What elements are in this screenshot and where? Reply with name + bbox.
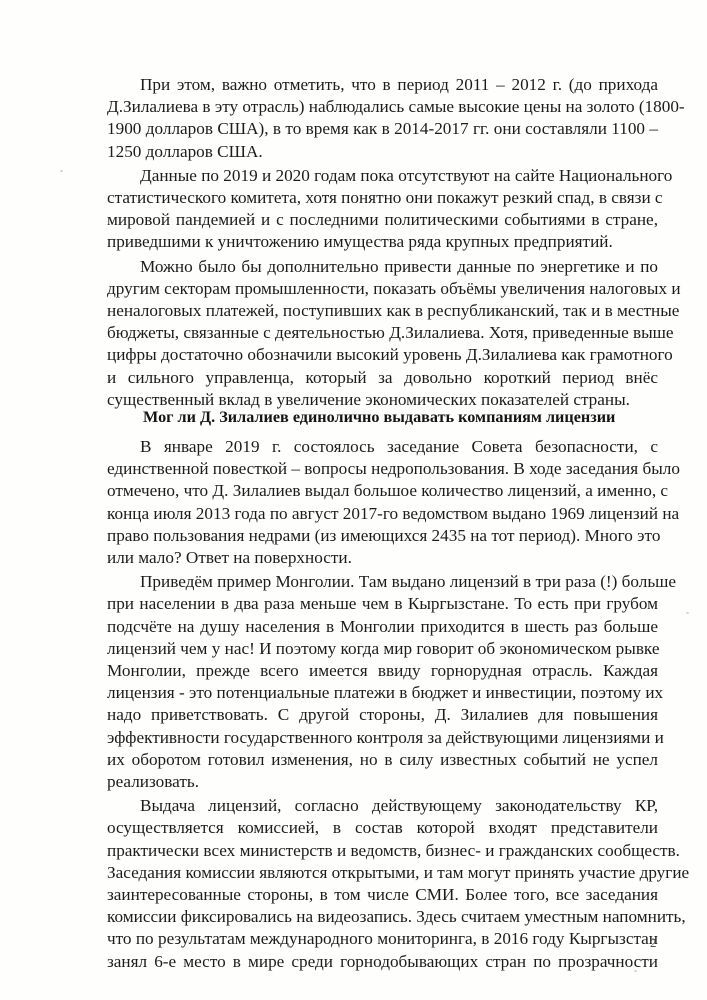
text-line: и сильного управленца, который за доволь… [107,367,658,389]
text-line: цифры достаточно обозначили высокий уров… [107,344,658,366]
paragraph-energy: Можно было бы дополнительно привести дан… [107,256,658,411]
text-line: неналоговых платежей, поступивших как в … [107,300,658,322]
paragraph-security-council: В январе 2019 г. состоялось заседание Со… [107,436,658,569]
text-line: реализовать. [107,771,658,793]
text-line: Монголии, прежде всего имеется ввиду гор… [107,660,658,682]
text-line: статистического комитета, хотя понятно о… [107,187,658,209]
text-line: подсчёте на душу населения в Монголии пр… [107,616,658,638]
text-line: Д.Зилалиева в эту отрасль) наблюдались с… [107,96,658,118]
text-line: надо приветствовать. С другой стороны, Д… [107,704,658,726]
text-line: эффективности государственного контроля … [107,727,658,749]
scan-artifact [686,612,689,614]
text-line: при населении в два раза меньше чем в Кы… [107,593,658,615]
text-line: Заседания комиссии являются открытыми, и… [107,862,658,884]
paragraph-gold-prices: При этом, важно отметить, что в период 2… [107,74,658,163]
text-line: 1250 долларов США. [107,141,658,163]
text-line: право пользования недрами (из имеющихся … [107,525,658,547]
text-line: отмечено, что Д. Зилалиев выдал большое … [107,480,658,502]
page-number: 2 [650,935,657,951]
text-line: конца июля 2013 года по август 2017-го в… [107,503,658,525]
text-line: Выдача лицензий, согласно действующему з… [107,795,658,817]
text-line: 1900 долларов США), в то время как в 201… [107,118,658,140]
paragraph-mongolia: Приведём пример Монголии. Там выдано лиц… [107,571,658,793]
text-line: лицензия - это потенциальные платежи в б… [107,682,658,704]
text-line: Приведём пример Монголии. Там выдано лиц… [107,571,658,593]
text-line: единственной повесткой – вопросы недропо… [107,458,658,480]
text-line: другим секторам промышленности, показать… [107,278,658,300]
document-page: При этом, важно отметить, что в период 2… [0,0,707,1000]
text-line: Можно было бы дополнительно привести дан… [107,256,658,278]
text-line: их оборотом готовил изменения, но в силу… [107,749,658,771]
licenses-section: В январе 2019 г. состоялось заседание Со… [107,436,658,973]
text-line: заинтересованные стороны, в том числе СМ… [107,884,658,906]
text-line: бюджеты, связанные с деятельностью Д.Зил… [107,322,658,344]
text-line: Данные по 2019 и 2020 годам пока отсутст… [107,165,658,187]
text-line: комиссии фиксировались на видеозапись. З… [107,906,658,928]
paragraph-license-commission: Выдача лицензий, согласно действующему з… [107,795,658,973]
text-line: приведшими к уничтожению имущества ряда … [107,231,658,253]
section-heading: Мог ли Д. Зилалиев единолично выдавать к… [143,408,615,427]
text-line: или мало? Ответ на поверхности. [107,547,658,569]
text-line: лицензий чем у нас! И поэтому когда мир … [107,638,658,660]
scan-artifact [634,970,637,972]
text-line: практически всех министерств и ведомств,… [107,840,658,862]
text-line: занял 6-е место в мире среди горнодобыва… [107,951,658,973]
paragraph-statistics: Данные по 2019 и 2020 годам пока отсутст… [107,165,658,254]
text-line: мировой пандемией и с последними политич… [107,209,658,231]
text-line: При этом, важно отметить, что в период 2… [107,74,658,96]
text-line: осуществляется комиссией, в состав котор… [107,817,658,839]
scan-artifact [60,170,63,172]
text-line: В январе 2019 г. состоялось заседание Со… [107,436,658,458]
intro-section: При этом, важно отметить, что в период 2… [107,74,658,411]
text-line: что по результатам международного монито… [107,928,658,950]
